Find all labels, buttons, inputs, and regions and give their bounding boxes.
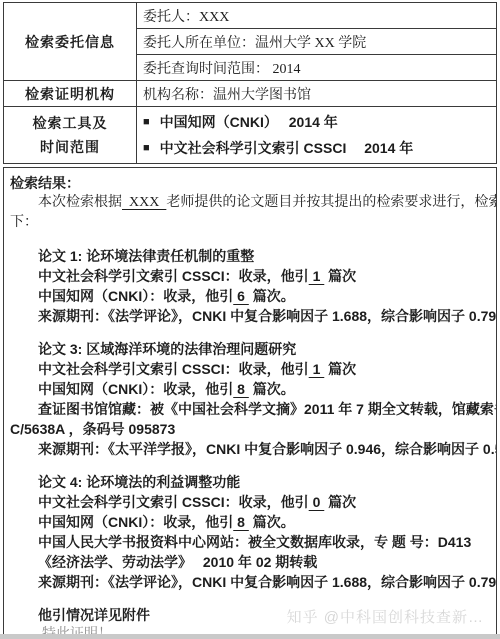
info-table: 检索委托信息 委托人：XXX 委托人所在单位：温州大学 XX 学院 委托查询时间… <box>3 2 497 164</box>
label-search-tools: 检索工具及 时间范围 <box>4 107 137 164</box>
result-line: 论文 1: 论环境法律责任机制的重整 <box>10 246 490 266</box>
result-line: 检索结果： <box>10 173 490 193</box>
zhihu-watermark: 知乎 @中科国创科技查新… <box>287 606 484 627</box>
table-row: 检索委托信息 委托人：XXX <box>4 3 497 29</box>
result-line: 中文社会科学引文索引 CSSCI：收录，他引 1 篇次 <box>10 266 490 286</box>
result-line: 论文 4: 论环境法的利益调整功能 <box>10 472 490 492</box>
result-line: 中国知网（CNKI）：收录，他引 8 篇次。 <box>10 512 490 532</box>
search-results-section: 检索结果：本次检索根据 XXX 老师提供的论文题目并按其提出的检索要求进行，检索… <box>3 167 497 635</box>
tool-item-cssci: ■ 中文社会科学引文索引 CSSCI 2014 年 <box>143 135 490 161</box>
tool-item-label: 中文社会科学引文索引 CSSCI 2014 年 <box>160 138 414 158</box>
result-line: 下： <box>10 213 490 233</box>
line-spacer <box>10 233 490 246</box>
label-search-tools-line1: 检索工具及 <box>10 111 130 135</box>
tool-item-label: 中国知网（CNKI） 2014 年 <box>160 112 338 132</box>
fill-in-blank: XXX <box>122 195 166 210</box>
line-spacer <box>10 592 490 605</box>
label-certifying-org: 检索证明机构 <box>4 81 137 107</box>
cell-search-tools: ■ 中国知网（CNKI） 2014 年 ■ 中文社会科学引文索引 CSSCI 2… <box>137 107 497 164</box>
cell-entrust-unit: 委托人所在单位：温州大学 XX 学院 <box>137 29 497 55</box>
certificate-document: 检索委托信息 委托人：XXX 委托人所在单位：温州大学 XX 学院 委托查询时间… <box>0 0 500 639</box>
result-line: 中国知网（CNKI）：收录，他引 8 篇次。 <box>10 379 490 399</box>
result-line: 来源期刊：《法学评论》，CNKI 中复合影响因子 1.688，综合影响因子 0.… <box>10 572 490 592</box>
square-bullet-icon: ■ <box>143 117 150 128</box>
fill-in-blank: 8 <box>233 514 249 530</box>
result-line: 查证图书馆馆藏：被《中国社会科学文摘》2011 年 7 期全文转载，馆藏索书号 <box>10 399 490 419</box>
table-row: 检索工具及 时间范围 ■ 中国知网（CNKI） 2014 年 ■ 中文社会科学引… <box>4 107 497 164</box>
label-entrust-info: 检索委托信息 <box>4 3 137 81</box>
result-line: 来源期刊：《太平洋学报》，CNKI 中复合影响因子 0.946，综合影响因子 0… <box>10 439 490 459</box>
table-row: 检索证明机构 机构名称：温州大学图书馆 <box>4 81 497 107</box>
fill-in-blank: 8 <box>233 381 249 397</box>
result-line: 中文社会科学引文索引 CSSCI：收录，他引 0 篇次 <box>10 492 490 512</box>
cell-entrust-person: 委托人：XXX <box>137 3 497 29</box>
square-bullet-icon: ■ <box>143 143 150 154</box>
result-line: 《经济法学、劳动法学》 2010 年 02 期转载 <box>10 552 490 572</box>
label-search-tools-line2: 时间范围 <box>10 135 130 159</box>
result-line: 来源期刊：《法学评论》，CNKI 中复合影响因子 1.688，综合影响因子 0.… <box>10 306 490 326</box>
result-line: 中国知网（CNKI）：收录，他引 6 篇次。 <box>10 286 490 306</box>
fill-in-blank: 1 <box>309 268 325 284</box>
cell-org-name: 机构名称：温州大学图书馆 <box>137 81 497 107</box>
tool-item-cnki: ■ 中国知网（CNKI） 2014 年 <box>143 109 490 135</box>
fill-in-blank: 6 <box>233 288 249 304</box>
result-line: 中文社会科学引文索引 CSSCI：收录，他引 1 篇次 <box>10 359 490 379</box>
result-line: C/5638A ，条码号 095873 <box>10 419 490 439</box>
result-line: 论文 3: 区域海洋环境的法律治理问题研究 <box>10 339 490 359</box>
line-spacer <box>10 326 490 339</box>
result-line: 中国人民大学书报资料中心网站：被全文数据库收录，专 题 号：D413 <box>10 532 490 552</box>
cell-entrust-range: 委托查询时间范围： 2014 <box>137 55 497 81</box>
result-line: 本次检索根据 XXX 老师提供的论文题目并按其提出的检索要求进行，检索结果如 <box>10 193 490 213</box>
line-spacer <box>10 459 490 472</box>
fill-in-blank: 0 <box>309 494 325 510</box>
fill-in-blank: 1 <box>309 361 325 377</box>
